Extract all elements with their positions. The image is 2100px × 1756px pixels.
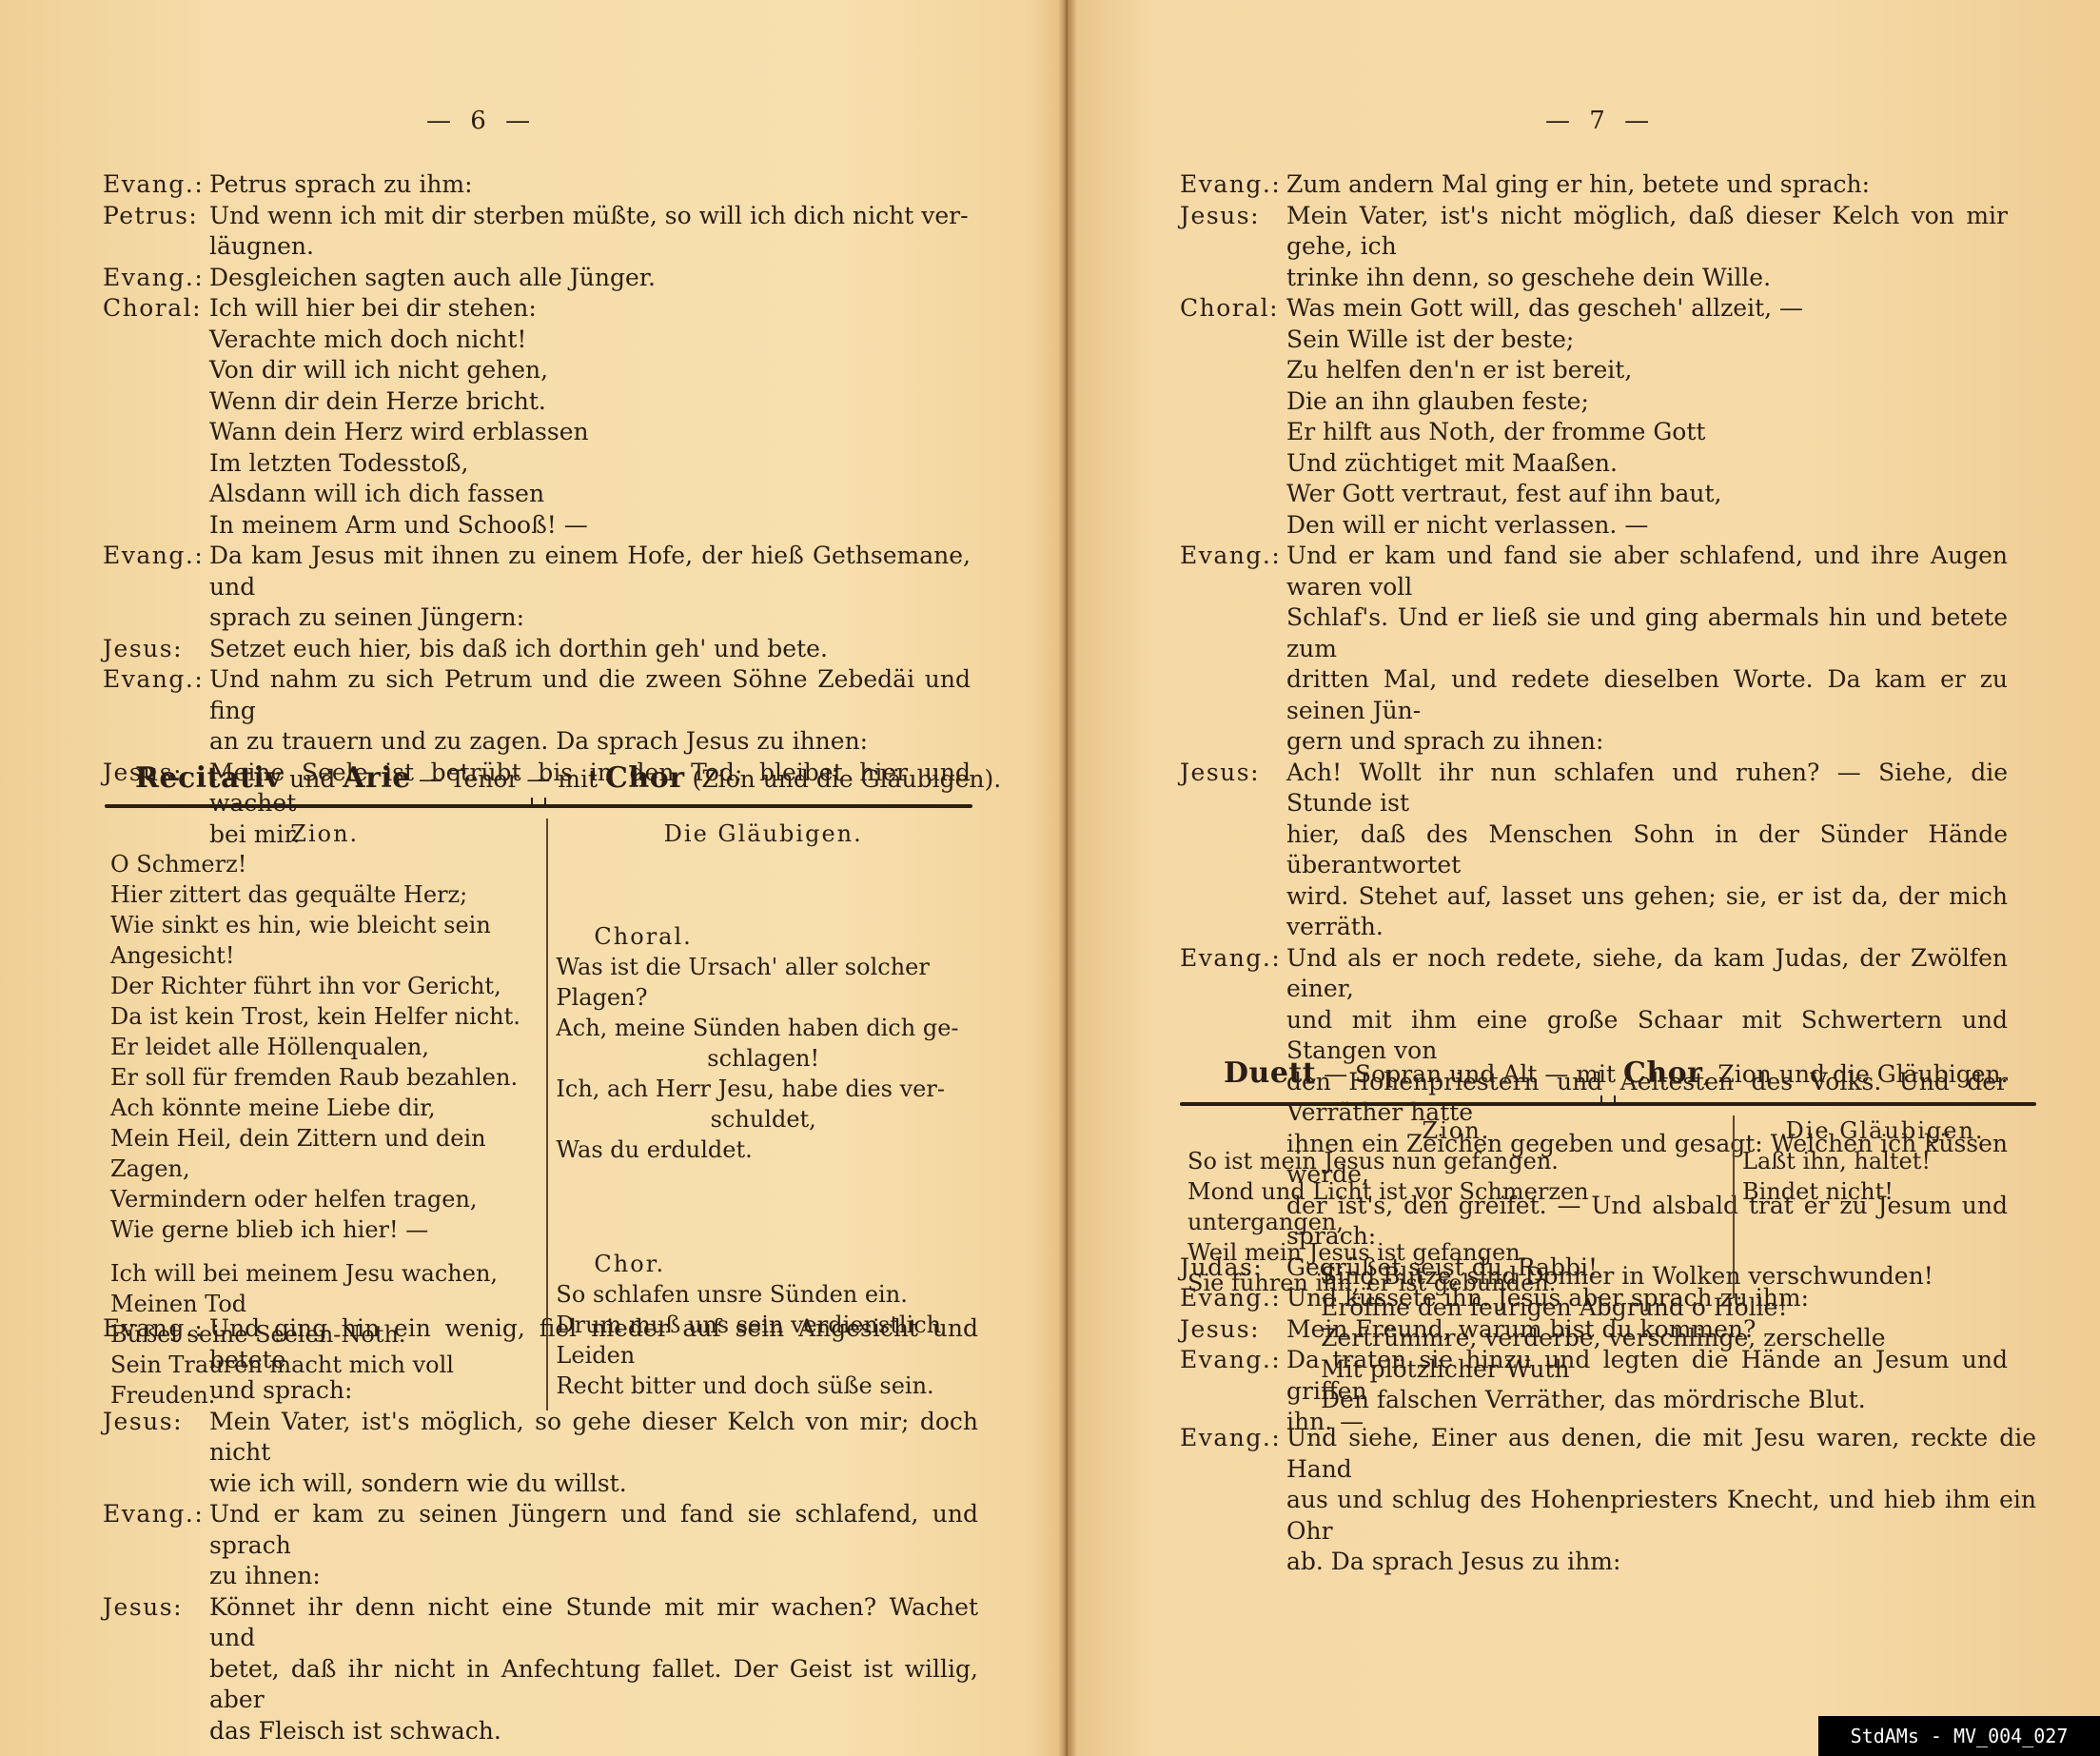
verse-line: Ich, ach Herr Jesu, habe dies ver- xyxy=(556,1074,971,1104)
heading-recitativ: Recitativ xyxy=(135,761,282,795)
dialogue-entry: Evang.:Und er kam und fand sie aber schl… xyxy=(1180,541,2008,758)
spoken-text: Und nahm zu sich Petrum und die zween Sö… xyxy=(209,664,971,758)
verse-line: Ach könnte meine Liebe dir, xyxy=(110,1093,539,1123)
spoken-text: Könnet ihr denn nicht eine Stunde mit mi… xyxy=(209,1592,978,1747)
dialogue-entry: Jesus:Mein Vater, ist's nicht möglich, d… xyxy=(1180,201,2008,294)
zion-header: Zion. xyxy=(110,819,539,849)
dialogue-entry: Jesus:Ach! Wollt ihr nun schlafen und ru… xyxy=(1180,758,2008,943)
dialogue-entry: Choral:Was mein Gott will, das gescheh' … xyxy=(1180,293,2008,541)
heading-und: und xyxy=(289,765,335,793)
spoken-text: Zum andern Mal ging er hin, betete und s… xyxy=(1286,169,2008,201)
dialogue-entry: Jesus:Mein Vater, ist's möglich, so gehe… xyxy=(103,1407,978,1500)
verse-line: Sind Blitze, sind Donner in Wolken versc… xyxy=(1321,1261,1987,1292)
speaker-label: Evang.: xyxy=(1180,541,1286,572)
dialogue-entry: Jesus:Könnet ihr denn nicht eine Stunde … xyxy=(103,1592,978,1747)
left-page: — 6 — Evang.:Petrus sprach zu ihm:Petrus… xyxy=(0,0,1064,1756)
speaker-label: Jesus: xyxy=(103,1592,209,1624)
spoken-text: Petrus sprach zu ihm: xyxy=(209,169,971,201)
dialogue-entry: Jesus:Setzet euch hier, bis daß ich dort… xyxy=(103,634,971,665)
left-dialogue-2: Evang.:Und ging hin ein wenig, fiel nied… xyxy=(103,1313,978,1746)
spoken-text: Ich will hier bei dir stehen:Verachte mi… xyxy=(209,293,971,541)
dialogue-entry: Evang.:Und nahm zu sich Petrum und die z… xyxy=(103,664,971,758)
right-dialogue-2: Evang.:Und siehe, Einer aus denen, die m… xyxy=(1180,1423,2036,1578)
verse-line: Er soll für fremden Raub bezahlen. xyxy=(110,1062,539,1093)
spoken-text: Mein Vater, ist's nicht möglich, daß die… xyxy=(1286,201,2008,294)
heading-voice: — Tenor — mit xyxy=(419,765,598,793)
spoken-text: Und er kam zu seinen Jüngern und fand si… xyxy=(209,1499,978,1592)
heading-roles: , Zion und die Gläubigen. xyxy=(1702,1060,2008,1088)
heading-chor: Chor xyxy=(605,761,685,795)
verse-line: Hier zittert das gequälte Herz; xyxy=(110,879,539,910)
speaker-label: Evang.: xyxy=(1180,169,1286,201)
speaker-label: Evang.: xyxy=(103,664,209,696)
verse-line: Ach, meine Sünden haben dich ge- xyxy=(556,1013,971,1043)
speaker-label: Petrus: xyxy=(103,201,209,232)
dialogue-entry: Evang.:Zum andern Mal ging er hin, betet… xyxy=(1180,169,2008,201)
zion-lines-1: O Schmerz!Hier zittert das gequälte Herz… xyxy=(110,849,539,1245)
heading-chor: Chor xyxy=(1623,1056,1703,1090)
verse-line: Wie gerne blieb ich hier! — xyxy=(110,1214,539,1245)
heading-duett: Duett xyxy=(1224,1056,1316,1090)
chorus-lines: Sind Blitze, sind Donner in Wolken versc… xyxy=(1321,1261,1987,1416)
verse-line: Mein Heil, dein Zittern und dein Zagen, xyxy=(110,1123,539,1184)
speaker-label: Choral: xyxy=(103,293,209,325)
verse-line: Er leidet alle Höllenqualen, xyxy=(110,1032,539,1062)
page-number-left: — 6 — xyxy=(426,107,536,135)
speaker-label: Jesus: xyxy=(1180,1314,1286,1346)
verse-line: Da ist kein Trost, kein Helfer nicht. xyxy=(110,1001,539,1032)
speaker-label: Jesus: xyxy=(1180,758,1286,789)
verse-line: Ich will bei meinem Jesu wachen, xyxy=(110,1258,539,1289)
speaker-label: Evang.: xyxy=(103,1313,209,1345)
right-heading-rule xyxy=(1180,1102,2036,1106)
glaeubigen-header: Die Gläubigen. xyxy=(556,819,971,849)
spoken-text: Und wenn ich mit dir sterben müßte, so w… xyxy=(209,201,971,263)
heading-voices: — Sopran und Alt — mit xyxy=(1324,1060,1616,1088)
spoken-text: Desgleichen sagten auch alle Jünger. xyxy=(209,263,971,294)
verse-line: Der Richter führt ihn vor Gericht, xyxy=(110,971,539,1001)
spoken-text: Und ging hin ein wenig, fiel nieder auf … xyxy=(209,1313,978,1407)
speaker-label: Evang.: xyxy=(1180,1345,1286,1376)
spoken-text: Setzet euch hier, bis daß ich dorthin ge… xyxy=(209,634,971,665)
dialogue-entry: Evang.:Und ging hin ein wenig, fiel nied… xyxy=(103,1313,978,1407)
verse-line: So schlafen unsre Sünden ein. xyxy=(556,1279,971,1310)
verse-line: Was ist die Ursach' aller solcher Plagen… xyxy=(556,952,971,1013)
dialogue-entry: Evang.:Und er kam zu seinen Jüngern und … xyxy=(103,1499,978,1592)
speaker-label: Choral: xyxy=(1180,293,1286,325)
speaker-label: Evang.: xyxy=(1180,1423,1286,1454)
speaker-label: Jesus: xyxy=(1180,201,1286,232)
speaker-label: Evang.: xyxy=(103,169,209,201)
verse-line: schlagen! xyxy=(556,1043,971,1074)
heading-arie: Arie xyxy=(343,761,411,795)
verse-line: Zertrümmre, verderbe, verschlinge, zersc… xyxy=(1321,1323,1987,1354)
speaker-label: Jesus: xyxy=(103,1407,209,1438)
dialogue-entry: Evang.:Desgleichen sagten auch alle Jüng… xyxy=(103,263,971,294)
right-page: — 7 — Evang.:Zum andern Mal ging er hin,… xyxy=(1070,0,2100,1756)
verse-line: Eröffne den feurigen Abgrund o Hölle! xyxy=(1321,1292,1987,1324)
speaker-label: Evang.: xyxy=(1180,943,1286,975)
spoken-text: Und siehe, Einer aus denen, die mit Jesu… xyxy=(1286,1423,2036,1578)
verse-line: Was du erduldet. xyxy=(556,1134,971,1165)
left-section-heading: Recitativ und Arie — Tenor — mit Chor (Z… xyxy=(135,761,1001,795)
left-heading-rule xyxy=(105,804,972,808)
choral-lines: Was ist die Ursach' aller solcher Plagen… xyxy=(556,952,971,1165)
verse-line: So ist mein Jesus nun gefangen. xyxy=(1187,1146,1725,1176)
zion-header: Zion. xyxy=(1187,1115,1725,1146)
dialogue-entry: Evang.:Da kam Jesus mit ihnen zu einem H… xyxy=(103,541,971,634)
spoken-text: Was mein Gott will, das gescheh' allzeit… xyxy=(1286,293,2008,541)
glaeubigen-lines: Laßt ihn, haltet!Bindet nicht! xyxy=(1742,1146,2028,1207)
speaker-label: Evang.: xyxy=(103,1499,209,1530)
archive-label: StdAMs - MV_004_027 xyxy=(1818,1716,2100,1756)
left-dialogue-1: Evang.:Petrus sprach zu ihm:Petrus:Und w… xyxy=(103,169,971,850)
verse-line: Wie sinkt es hin, wie bleicht sein Anges… xyxy=(110,910,539,971)
spoken-text: Und er kam und fand sie aber schlafend, … xyxy=(1286,541,2008,758)
verse-line: O Schmerz! xyxy=(110,849,539,879)
spoken-text: Da kam Jesus mit ihnen zu einem Hofe, de… xyxy=(209,541,971,634)
verse-line: Laßt ihn, haltet! xyxy=(1742,1146,2028,1176)
verse-line: Den falschen Verräther, das mördrische B… xyxy=(1321,1385,1987,1416)
chor-label: Chor. xyxy=(556,1249,971,1279)
heading-roles: (Zion und die Gläubigen). xyxy=(692,765,1001,793)
glaeubigen-header: Die Gläubigen. xyxy=(1742,1115,2028,1146)
dialogue-entry: Choral:Ich will hier bei dir stehen:Vera… xyxy=(103,293,971,541)
dialogue-entry: Evang.:Und siehe, Einer aus denen, die m… xyxy=(1180,1423,2036,1578)
spoken-text: Ach! Wollt ihr nun schlafen und ruhen? —… xyxy=(1286,758,2008,943)
page-number-right: — 7 — xyxy=(1545,107,1655,135)
verse-line: Mit plötzlicher Wuth xyxy=(1321,1354,1987,1386)
speaker-label: Jesus: xyxy=(103,634,209,665)
verse-line: schuldet, xyxy=(556,1104,971,1134)
verse-line: Mond und Licht ist vor Schmerzen unterga… xyxy=(1187,1176,1725,1237)
choral-label: Choral. xyxy=(556,921,971,952)
speaker-label: Evang.: xyxy=(103,541,209,572)
dialogue-entry: Evang.:Petrus sprach zu ihm: xyxy=(103,169,971,201)
verse-line: Vermindern oder helfen tragen, xyxy=(110,1184,539,1214)
verse-line: Bindet nicht! xyxy=(1742,1176,2028,1207)
dialogue-entry: Petrus:Und wenn ich mit dir sterben müßt… xyxy=(103,201,971,263)
right-section-heading: Duett — Sopran und Alt — mit Chor, Zion … xyxy=(1224,1056,2009,1090)
speaker-label: Evang.: xyxy=(103,263,209,294)
spoken-text: Mein Vater, ist's möglich, so gehe diese… xyxy=(209,1407,978,1500)
